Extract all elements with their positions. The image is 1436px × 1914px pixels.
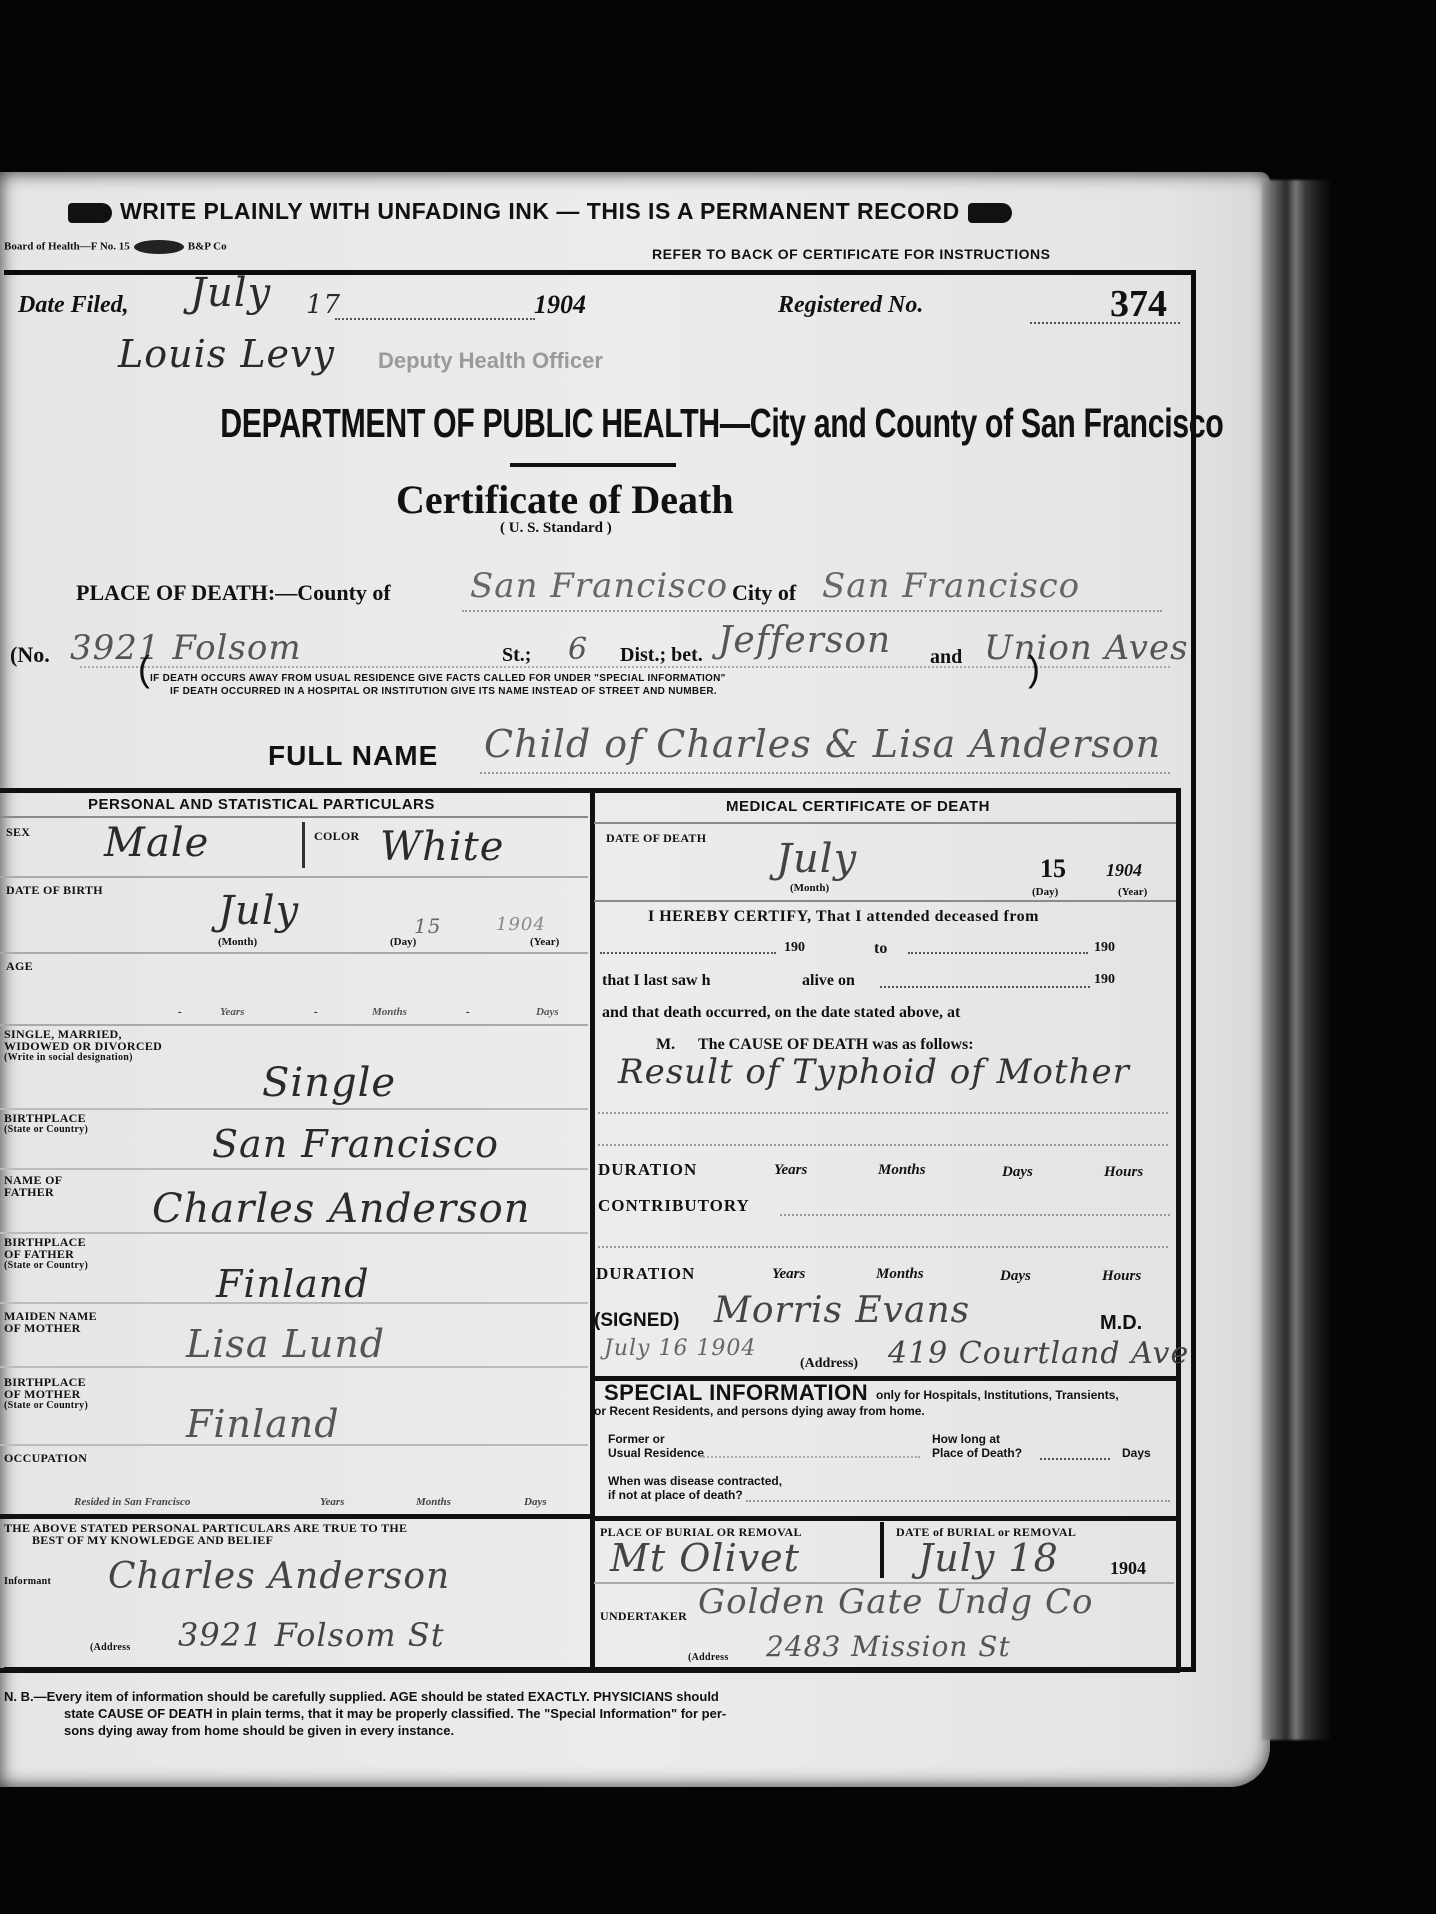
undertaker-label: UNDERTAKER [600,1610,687,1622]
between-street-2: Union Aves [984,628,1189,668]
dob-day: 15 [414,914,441,938]
last-saw-year: 190 [1094,972,1115,988]
attended-to-year: 190 [1094,940,1115,956]
last-saw-text: that I last saw h [602,972,710,990]
dod-month: July [776,836,857,882]
mother-name-label: MAIDEN NAME OF MOTHER [4,1310,97,1334]
pointing-hand-icon [68,203,112,223]
certificate-standard: ( U. S. Standard ) [500,520,612,537]
city-label: City of [732,580,796,606]
undertaker-address-value: 2483 Mission St [766,1630,1011,1663]
personal-heading: PERSONAL AND STATISTICAL PARTICULARS [88,796,435,813]
contributory-duration-label: DURATION [596,1264,695,1284]
md-label: M.D. [1100,1312,1142,1335]
death-occurred-text: and that death occurred, on the date sta… [602,1004,960,1022]
occupation-label: OCCUPATION [4,1452,87,1464]
dod-label: DATE OF DEATH [606,832,706,844]
year-caption: (Year) [530,936,559,948]
physician-signature: Morris Evans [714,1290,970,1331]
sex-label: SEX [6,826,30,838]
date-filed-year: 1904 [534,290,586,320]
burial-year: 1904 [1110,1558,1146,1579]
footnote: N. B.—Every item of information should b… [4,1688,1074,1739]
mother-birthplace-label: BIRTHPLACE OF MOTHER (State or Country) [4,1376,88,1412]
duration-label: DURATION [598,1160,697,1180]
mother-name-value: Lisa Lund [186,1322,385,1366]
month-caption: (Month) [218,936,257,948]
signed-date: July 16 1904 [604,1336,756,1361]
contributory-months-label: Months [876,1266,924,1283]
resided-years-label: Years [320,1496,344,1508]
age-months-label: Months [372,1006,407,1018]
officer-title: Deputy Health Officer [378,348,603,374]
place-instructions: ( IF DEATH OCCURS AWAY FROM USUAL RESIDE… [150,672,726,698]
informant-label: Informant [4,1576,51,1588]
birthplace-value: San Francisco [212,1122,499,1166]
physician-address-value: 419 Courtland Ave [888,1336,1189,1371]
informant-address-value: 3921 Folsom St [178,1616,445,1654]
dod-year-caption: (Year) [1118,886,1147,898]
special-info-heading: SPECIAL INFORMATION [604,1380,868,1406]
father-birthplace-value: Finland [216,1262,370,1306]
ledger-binding [1262,180,1332,1740]
registered-label: Registered No. [778,292,923,319]
printer-seal-icon [134,240,184,254]
dod-day-caption: (Day) [1032,886,1058,898]
father-name-value: Charles Anderson [152,1186,530,1232]
special-info-note-2: or Recent Residents, and persons dying a… [594,1404,925,1418]
former-residence-label: Former or Usual Residence [608,1432,704,1460]
contributory-years-label: Years [772,1266,805,1283]
duration-days-label: Days [1002,1164,1033,1181]
duration-months-label: Months [878,1162,926,1179]
certificate-title: Certificate of Death [396,476,734,523]
duration-years-label: Years [774,1162,807,1179]
dod-year: 1904 [1106,860,1142,881]
column-divider [590,788,595,1668]
marital-value: Single [262,1060,396,1106]
dob-year: 1904 [496,914,546,935]
sex-value: Male [104,820,209,866]
medical-heading: MEDICAL CERTIFICATE OF DEATH [726,798,990,815]
age-months: - [314,1006,318,1018]
place-of-death-label: PLACE OF DEATH:—County of [76,580,391,606]
cause-of-death-value: Result of Typhoid of Mother [618,1052,1130,1092]
alive-on-text: alive on [802,972,855,990]
dob-label: DATE OF BIRTH [6,884,103,896]
sex-color-divider [302,822,305,868]
signed-label: (SIGNED) [594,1310,680,1332]
certify-text: I HEREBY CERTIFY, That I attended deceas… [648,908,1039,926]
street-label: St.; [502,644,531,667]
attended-from-year: 190 [784,940,805,956]
street-address: 3921 Folsom [70,628,302,668]
how-long-label: How long at Place of Death? [932,1432,1022,1460]
burial-place-value: Mt Olivet [610,1536,800,1580]
district-label: Dist.; bet. [620,644,703,667]
county-value: San Francisco [470,566,728,606]
duration-hours-label: Hours [1104,1164,1143,1181]
marital-label: SINGLE, MARRIED, WIDOWED OR DIVORCED (Wr… [4,1028,162,1064]
father-name-label: NAME OF FATHER [4,1174,62,1198]
date-filed-label: Date Filed, [18,292,129,319]
resided-months-label: Months [416,1496,451,1508]
frame-right-border [1176,788,1181,1668]
full-name-label: FULL NAME [268,740,438,772]
father-birthplace-label: BIRTHPLACE OF FATHER (State or Country) [4,1236,88,1272]
day-caption: (Day) [390,936,416,948]
burial-divider [880,1522,884,1578]
refer-instructions: REFER TO BACK OF CERTIFICATE FOR INSTRUC… [652,246,1050,262]
physician-address-label: (Address) [800,1356,858,1372]
undertaker-address-label: (Address [688,1652,729,1664]
between-street-1: Jefferson [718,620,891,661]
contributory-label: CONTRIBUTORY [598,1196,750,1216]
mother-birthplace-value: Finland [186,1402,340,1446]
dob-month: July [218,888,299,934]
age-years-label: Years [220,1006,244,1018]
undertaker-value: Golden Gate Undg Co [698,1582,1094,1622]
age-years: - [178,1006,182,1018]
pointing-hand-icon [968,203,1012,223]
contributory-days-label: Days [1000,1268,1031,1285]
title-divider [510,463,676,467]
attestation-text: THE ABOVE STATED PERSONAL PARTICULARS AR… [4,1522,407,1546]
department-title: DEPARTMENT OF PUBLIC HEALTH—City and Cou… [220,400,1223,447]
color-value: White [380,824,504,870]
age-days-label: Days [536,1006,559,1018]
resided-label: Resided in San Francisco [74,1496,190,1508]
how-long-days-label: Days [1122,1446,1151,1460]
age-days: - [466,1006,470,1018]
birthplace-label: BIRTHPLACE (State or Country) [4,1112,88,1136]
officer-signature: Louis Levy [118,332,335,376]
ink-warning: WRITE PLAINLY WITH UNFADING INK — THIS I… [60,198,1020,225]
burial-date-value: July 18 [918,1536,1059,1580]
registered-number: 374 [1110,282,1167,326]
to-label: to [874,940,887,958]
special-info-note: only for Hospitals, Institutions, Transi… [876,1388,1119,1402]
date-filed-day: 17 [306,290,341,320]
informant-value: Charles Anderson [108,1556,450,1597]
contracted-label: When was disease contracted, if not at p… [608,1474,782,1502]
street-no-label: (No. [10,642,50,668]
city-value: San Francisco [822,566,1080,606]
age-label: AGE [6,960,33,972]
informant-address-label: (Address [90,1642,131,1654]
dod-day: 15 [1040,854,1066,884]
ward-value: 6 [568,632,588,667]
contributory-hours-label: Hours [1102,1268,1141,1285]
resided-days-label: Days [524,1496,547,1508]
form-id: Board of Health—F No. 15B&P Co [4,240,227,254]
date-filed-month: July [190,270,271,316]
full-name-value: Child of Charles & Lisa Anderson [484,722,1161,766]
dod-month-caption: (Month) [790,882,829,894]
color-label: COLOR [314,830,360,842]
